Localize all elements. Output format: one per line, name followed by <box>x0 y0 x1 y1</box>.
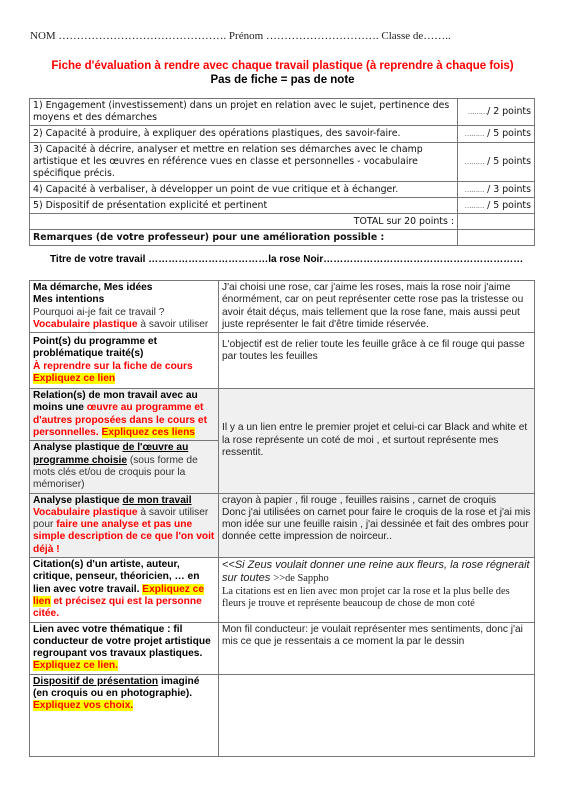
prenom-field[interactable]: …………………………. <box>266 30 379 42</box>
programme-answer[interactable]: L'objectif est de relier toute les feuil… <box>219 333 535 389</box>
analyse-travail-answer[interactable]: crayon à papier , fil rouge , feuilles r… <box>219 493 535 557</box>
criterion-label: 4) Capacité à verbaliser, à développer u… <box>30 182 458 198</box>
prenom-label: Prénom <box>229 30 263 42</box>
section-row-analyse-travail: Analyse plastique de mon travail Vocabul… <box>30 493 535 557</box>
section-row-thematique: Lien avec votre thématique : fil conduct… <box>30 622 535 674</box>
criterion-label: 5) Dispositif de présentation explicité … <box>30 198 458 214</box>
relation-prompt: Relation(s) de mon travail avec au moins… <box>30 389 219 441</box>
section-row-relation: Relation(s) de mon travail avec au moins… <box>30 389 535 441</box>
criterion-score[interactable]: ……… / 3 points <box>458 182 535 198</box>
remarks-label: Remarques (de votre professeur) pour une… <box>30 230 458 246</box>
grading-table: 1) Engagement (investissement) dans un p… <box>29 98 535 246</box>
programme-prompt: Point(s) du programme et problématique t… <box>30 333 219 389</box>
total-row: TOTAL sur 20 points : <box>30 214 535 230</box>
criterion-score[interactable]: ……… / 5 points <box>458 198 535 214</box>
citation-answer[interactable]: <<Si Zeus voulait donner une reine aux f… <box>219 558 535 622</box>
work-title-value[interactable]: la rose Noir <box>268 254 323 265</box>
criterion-label: 1) Engagement (investissement) dans un p… <box>30 99 458 126</box>
remarks-row: Remarques (de votre professeur) pour une… <box>30 230 535 246</box>
demarche-prompt: Ma démarche, Mes idées Mes intentions Po… <box>30 281 219 333</box>
total-field[interactable] <box>458 214 535 230</box>
total-label: TOTAL sur 20 points : <box>30 214 458 230</box>
section-row-demarche: Ma démarche, Mes idées Mes intentions Po… <box>30 281 535 333</box>
student-identity-line: NOM ………………………………………. Prénom …………………………. … <box>30 30 550 42</box>
criterion-score[interactable]: ……… / 5 points <box>458 126 535 143</box>
thematique-prompt: Lien avec votre thématique : fil conduct… <box>30 622 219 674</box>
dispositif-prompt: Dispositif de présentation imaginé (en c… <box>30 674 219 756</box>
nom-field[interactable]: ………………………………………. <box>58 30 226 42</box>
document-title: Fiche d'évaluation à rendre avec chaque … <box>0 60 565 72</box>
section-row-citation: Citation(s) d'un artiste, auteur, critiq… <box>30 558 535 622</box>
criterion-row: 3) Capacité à décrire, analyser et mettr… <box>30 143 535 182</box>
analysis-table: Ma démarche, Mes idées Mes intentions Po… <box>29 280 535 757</box>
nom-label: NOM <box>30 30 56 42</box>
criterion-row: 2) Capacité à produire, à expliquer des … <box>30 126 535 143</box>
citation-prompt: Citation(s) d'un artiste, auteur, critiq… <box>30 558 219 622</box>
criterion-label: 2) Capacité à produire, à expliquer des … <box>30 126 458 143</box>
classe-field[interactable]: Classe de…….. <box>381 30 450 42</box>
demarche-answer[interactable]: J'ai choisi une rose, car j'aime les ros… <box>219 281 535 333</box>
document-subtitle: Pas de fiche = pas de note <box>0 74 565 86</box>
criterion-row: 4) Capacité à verbaliser, à développer u… <box>30 182 535 198</box>
thematique-answer[interactable]: Mon fil conducteur: je voulait représent… <box>219 622 535 674</box>
remarks-field[interactable] <box>458 230 535 246</box>
analyse-oeuvre-prompt: Analyse plastique de l'œuvre au programm… <box>30 441 219 493</box>
analyse-travail-prompt: Analyse plastique de mon travail Vocabul… <box>30 493 219 557</box>
section-row-dispositif: Dispositif de présentation imaginé (en c… <box>30 674 535 756</box>
work-title-line: Titre de votre travail ………………………………la ro… <box>50 254 550 265</box>
criterion-row: 5) Dispositif de présentation explicité … <box>30 198 535 214</box>
criterion-score[interactable]: ………/ 2 points <box>458 99 535 126</box>
criterion-row: 1) Engagement (investissement) dans un p… <box>30 99 535 126</box>
criterion-label: 3) Capacité à décrire, analyser et mettr… <box>30 143 458 182</box>
relation-answer[interactable]: Il y a un lien entre le premier projet e… <box>219 389 535 493</box>
dispositif-answer[interactable] <box>219 674 535 756</box>
work-title-label: Titre de votre travail <box>50 254 145 265</box>
citation-quote: <<Si Zeus voulait donner une reine aux f… <box>222 559 530 584</box>
section-row-programme: Point(s) du programme et problématique t… <box>30 333 535 389</box>
criterion-score[interactable]: ……… / 5 points <box>458 143 535 182</box>
